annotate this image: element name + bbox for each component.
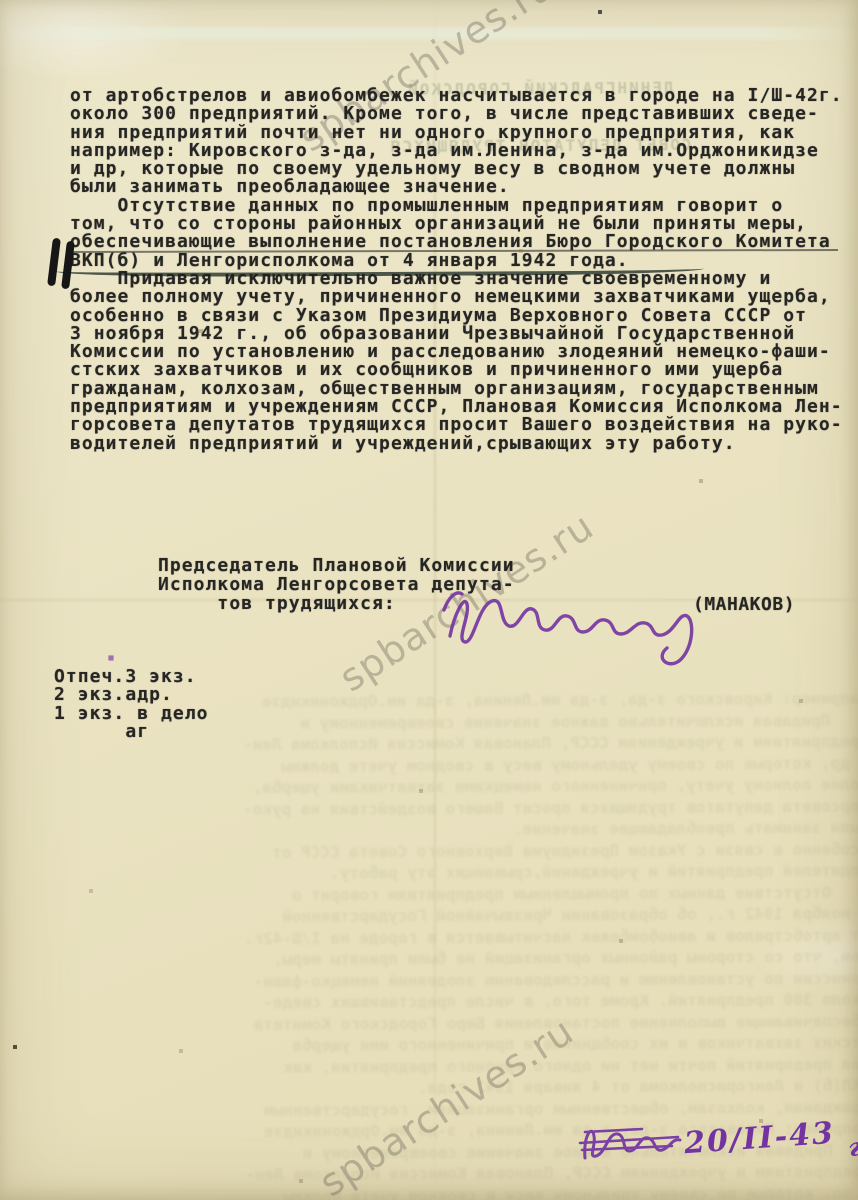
signature-line: Исполкома Ленгорсовета депута- <box>158 575 515 594</box>
text-line: более полному учету, причиненного немецк… <box>70 288 858 306</box>
copies-note-line: аг <box>54 723 209 741</box>
signature-block: Председатель Плановой КомиссииИсполкома … <box>158 556 515 613</box>
paper-specks <box>0 0 2 2</box>
signature-line: Председатель Плановой Комиссии <box>158 556 515 575</box>
text-line: водителей предприятий и учреждений,срыва… <box>70 435 858 453</box>
typed-surname: (МАНАКОВ) <box>693 594 795 615</box>
text-line: около 300 предприятий. Кроме того, в чис… <box>70 105 858 123</box>
signature-line: тов трудящихся: <box>158 594 515 613</box>
copies-note-line: 2 экз.адр. <box>54 686 209 704</box>
text-line: обеспечивающие выполнение постановления … <box>70 233 858 251</box>
document-body: от артобстрелов и авиобомбежек насчитыва… <box>70 87 858 453</box>
scanned-archive-document: { "document": { "watermark": "spbarchive… <box>0 0 858 1200</box>
text-line: горсовета депутатов трудящихся просит Ва… <box>70 416 858 434</box>
copies-note: Отпеч.3 экз.2 экз.адр.1 экз. в дело аг <box>54 668 209 741</box>
text-line: стских захватчиков и их сообщников и при… <box>70 361 858 379</box>
